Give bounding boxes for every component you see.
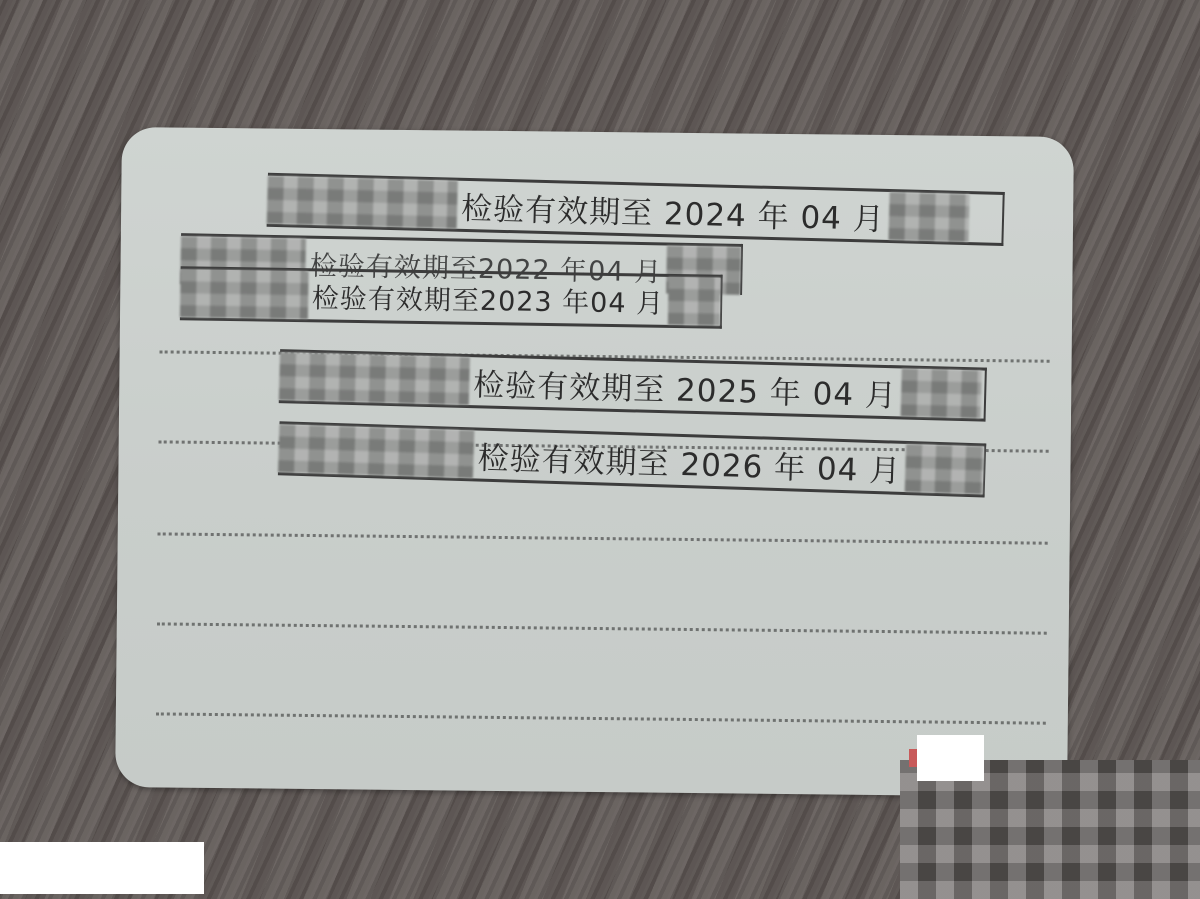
redacted-day: [905, 444, 985, 494]
redacted-prefix: [279, 352, 470, 405]
redacted-day: [668, 277, 721, 326]
stamp-2023: 检验有效期至2023 年04 月: [180, 266, 723, 329]
red-mark: [909, 749, 917, 767]
redacted-prefix: [267, 176, 458, 229]
redacted-prefix: [278, 424, 475, 478]
stamp-2026: 检验有效期至 2026 年 04 月: [278, 421, 986, 497]
redacted-day: [888, 192, 969, 242]
dotted-rule: [157, 622, 1047, 634]
redacted-prefix: [180, 269, 308, 319]
dotted-rule: [158, 532, 1048, 544]
redaction-box: [0, 842, 204, 894]
stamp-text: 检验有效期至 2025 年 04 月: [469, 359, 902, 415]
stamp-text: 检验有效期至 2024 年 04 月: [457, 182, 890, 238]
stamp-2024: 检验有效期至 2024 年 04 月: [267, 173, 1005, 246]
redacted-day: [900, 368, 981, 418]
stamp-text: 检验有效期至 2026 年 04 月: [473, 432, 906, 491]
inspection-record-card: 检验有效期至 2024 年 04 月 检验有效期至2022 年04 月 检验有效…: [115, 127, 1074, 797]
stamp-text: 检验有效期至2023 年04 月: [308, 276, 669, 321]
redaction-box: [917, 735, 984, 781]
dotted-rule: [156, 712, 1046, 724]
